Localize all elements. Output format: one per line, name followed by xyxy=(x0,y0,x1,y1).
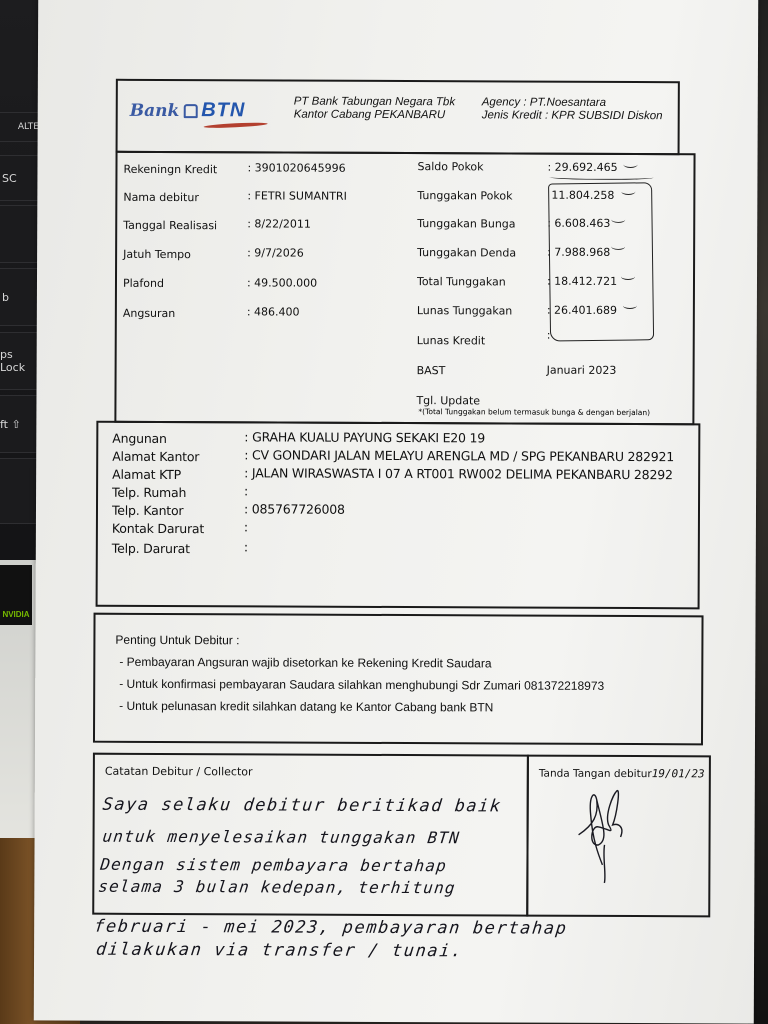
field-label: Kontak Darurat xyxy=(112,521,204,536)
handwritten-note-line: dilakukan via transfer / tunai. xyxy=(95,940,464,962)
plafond-value: : 49.500.000 xyxy=(247,276,317,289)
field-label: Tunggakan Denda xyxy=(417,246,516,259)
handwritten-date: 19/01/23 xyxy=(652,767,705,780)
handwritten-note-line: untuk menyelesaikan tunggakan BTN xyxy=(102,827,462,848)
handwritten-check-icon xyxy=(611,243,625,250)
notice-title: Penting Untuk Debitur : xyxy=(115,633,239,648)
field-label: Angsuran xyxy=(123,307,175,320)
field-label: Plafond xyxy=(123,277,164,290)
notice-item: - Untuk konfirmasi pembayaran Saudara si… xyxy=(119,677,604,693)
installment-value: : 486.400 xyxy=(247,305,300,318)
handwritten-circle-box xyxy=(548,182,654,341)
debtor-notes-section: Catatan Debitur / Collector Saya selaku … xyxy=(92,753,529,917)
ktp-address: : JALAN WIRASWASTA I 07 A RT001 RW002 DE… xyxy=(244,465,673,482)
emergency-contact: : xyxy=(244,519,248,534)
penalty-arrears: : 7.988.968 xyxy=(547,246,610,259)
interest-arrears: : 6.608.463 xyxy=(547,217,610,230)
realization-date: : 8/22/2011 xyxy=(247,217,311,230)
paper-document: Bank BTN PT Bank Tabungan Negara Tbk Kan… xyxy=(34,0,758,1024)
debtor-name: : FETRI SUMANTRI xyxy=(247,189,347,202)
field-label: Jatuh Tempo xyxy=(123,248,191,261)
handwritten-note-line: selama 3 bulan kedepan, terhitung xyxy=(97,877,457,898)
field-label: Lunas Tunggakan xyxy=(417,304,512,317)
field-label: Lunas Kredit xyxy=(417,334,486,347)
handwritten-check-icon xyxy=(621,188,635,195)
handwritten-check-icon xyxy=(611,216,625,223)
office-phone: : 085767726008 xyxy=(244,501,345,516)
handwritten-note-line: Saya selaku debitur beritikad baik xyxy=(102,795,503,817)
bank-btn-logo: Bank BTN xyxy=(130,99,246,123)
footnote: *(Total Tunggakan belum termasuk bunga &… xyxy=(418,407,650,417)
branch-name: Kantor Cabang PEKANBARU xyxy=(294,109,455,123)
account-info-section: Rekeningn Kredit : 3901020645996 Nama de… xyxy=(114,151,695,426)
handwritten-underline xyxy=(549,175,653,180)
field-label: Total Tunggakan xyxy=(417,275,506,288)
notice-item: - Pembayaran Angsuran wajib disetorkan k… xyxy=(119,655,491,671)
agency: Agency : PT.Noesantara xyxy=(482,96,663,110)
field-label: Tunggakan Bunga xyxy=(417,217,515,230)
field-label: Angunan xyxy=(112,431,167,446)
field-label: Telp. Kantor xyxy=(112,503,183,518)
handwritten-note-line: Dengan sistem pembayara bertahap xyxy=(99,855,448,876)
principal-arrears: 11.804.258 xyxy=(551,189,614,202)
important-notice-section: Penting Untuk Debitur : - Pembayaran Ang… xyxy=(93,613,704,746)
principal-balance: : 29.692.465 xyxy=(547,161,617,174)
field-label: Rekeningn Kredit xyxy=(123,163,217,176)
field-label: Tanggal Realisasi xyxy=(123,219,217,232)
handwritten-check-icon xyxy=(621,273,635,280)
notice-item: - Untuk pelunasan kredit silahkan datang… xyxy=(119,699,493,715)
collateral-contact-section: Angunan : GRAHA KUALU PAYUNG SEKAKI E20 … xyxy=(96,421,701,610)
signature-section: Tanda Tangan debitur19/01/23 xyxy=(526,755,711,918)
emergency-phone: : xyxy=(244,539,248,554)
company-info: PT Bank Tabungan Negara Tbk Kantor Caban… xyxy=(294,96,455,123)
total-arrears: : 18.412.721 xyxy=(547,275,617,288)
agency-info: Agency : PT.Noesantara Jenis Kredit : KP… xyxy=(482,96,663,123)
company-name: PT Bank Tabungan Negara Tbk xyxy=(294,96,455,110)
field-label: BAST xyxy=(417,364,446,377)
bast-value: Januari 2023 xyxy=(547,364,617,377)
logo-text-bank: Bank xyxy=(130,100,180,120)
house-icon xyxy=(183,104,197,118)
field-label: Telp. Rumah xyxy=(112,485,186,500)
document-header: Bank BTN PT Bank Tabungan Negara Tbk Kan… xyxy=(116,79,680,155)
field-label: Nama debitur xyxy=(123,191,199,204)
office-address: : CV GONDARI JALAN MELAYU ARENGLA MD / S… xyxy=(244,447,674,464)
logo-text-btn: BTN xyxy=(201,99,245,122)
field-label: Saldo Pokok xyxy=(417,160,483,173)
field-label: Tgl. Update xyxy=(416,394,480,407)
credit-type: Jenis Kredit : KPR SUBSIDI Diskon xyxy=(482,109,663,123)
field-label: Alamat Kantor xyxy=(112,449,199,464)
collateral-value: : GRAHA KUALU PAYUNG SEKAKI E20 19 xyxy=(244,429,485,445)
handwritten-check-icon xyxy=(623,161,637,168)
handwritten-check-icon xyxy=(623,302,637,309)
signature-title: Tanda Tangan debitur19/01/23 xyxy=(539,767,705,781)
account-number: : 3901020645996 xyxy=(247,161,345,174)
field-label: Alamat KTP xyxy=(112,467,181,482)
swoosh-icon xyxy=(203,122,267,129)
signature-scribble-icon xyxy=(568,785,638,885)
nvidia-sticker: NVIDIA xyxy=(0,565,32,625)
home-phone: : xyxy=(244,483,248,498)
field-label: Tunggakan Pokok xyxy=(417,189,512,202)
arrears-settlement: : 26.401.689 xyxy=(547,304,617,317)
handwritten-note-line: februari - mei 2023, pembayaran bertahap xyxy=(93,917,569,939)
due-date: : 9/7/2026 xyxy=(247,246,304,259)
credit-settlement: : xyxy=(547,329,551,342)
field-label: Telp. Darurat xyxy=(112,541,190,556)
notes-title: Catatan Debitur / Collector xyxy=(105,765,253,779)
